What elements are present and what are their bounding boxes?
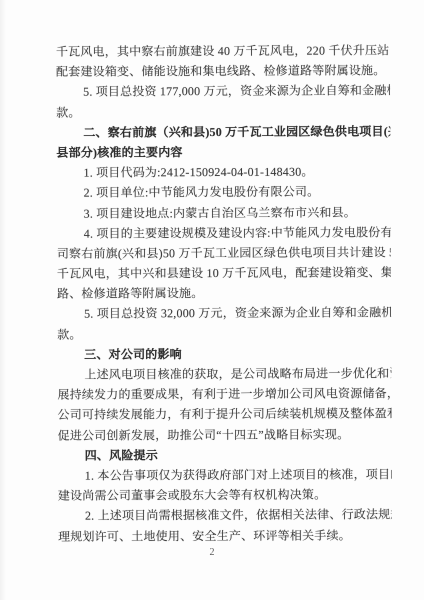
text-line: 2. 上述项目尚需根据核准文件，依据相关法律、行政法规规定办 <box>58 505 392 527</box>
text-line: 款。 <box>57 323 391 345</box>
page-number: 2 <box>0 546 424 560</box>
text-line: 千瓦风电，其中察右前旗建设 40 万千瓦风电，220 千伏升压站一座； <box>56 40 390 62</box>
section-heading: 二、察右前旗（兴和县)50 万千瓦工业园区绿色供电项目(兴和 <box>56 121 390 143</box>
text-line: 3. 项目建设地点:内蒙古自治区乌兰察布市兴和县。 <box>57 202 391 224</box>
document-body: 千瓦风电，其中察右前旗建设 40 万千瓦风电，220 千伏升压站一座； 配套建设… <box>56 40 392 546</box>
section-heading: 县部分)核准的主要内容 <box>56 141 390 163</box>
text-line: 5. 项目总投资 32,000 万元，资金来源为企业自筹和金融机构贷 <box>57 303 391 325</box>
text-line: 路、检修道路等附属设施。 <box>57 283 391 305</box>
text-line: 1. 本公告事项仅为获得政府部门对上述项目的核准，项目的投资 <box>58 464 392 486</box>
text-line: 4. 项目的主要建设规模及建设内容:中节能风力发电股份有限公 <box>57 222 391 244</box>
scan-edge-shadow <box>0 0 6 600</box>
text-line: 理规划许可、土地使用、安全生产、环评等相关手续。 <box>58 525 392 547</box>
text-line: 上述风电项目核准的获取，是公司战略布局进一步优化和资源拓 <box>57 363 391 385</box>
text-line: 建设尚需公司董事会或股东大会等有权机构决策。 <box>58 484 392 506</box>
text-line: 款。 <box>56 101 390 123</box>
text-line: 2. 项目单位:中节能风力发电股份有限公司。 <box>57 182 391 204</box>
document-page: 千瓦风电，其中察右前旗建设 40 万千瓦风电，220 千伏升压站一座； 配套建设… <box>0 0 424 600</box>
section-heading: 四、风险提示 <box>58 444 392 466</box>
text-line: 展持续发力的重要成果，有利于进一步增加公司风电资源储备，增强 <box>57 383 391 405</box>
text-line: 促进公司创新发展，助推公司“十四五”战略目标实现。 <box>58 424 392 446</box>
section-heading: 三、对公司的影响 <box>57 343 391 365</box>
text-line: 司察右前旗(兴和县)50 万千瓦工业园区绿色供电项目共计建设 50 万 <box>57 242 391 264</box>
text-line: 公司可持续发展能力，有利于提升公司后续装机规模及整体盈利能力， <box>57 404 391 426</box>
text-line: 配套建设箱变、储能设施和集电线路、检修道路等附属设施。 <box>56 60 390 82</box>
text-line: 5. 项目总投资 177,000 万元，资金来源为企业自筹和金融机构贷 <box>56 81 390 103</box>
text-line: 千瓦风电，其中兴和县建设 10 万千瓦风电，配套建设箱变、集电线 <box>57 262 391 284</box>
text-line: 1. 项目代码为:2412-150924-04-01-148430。 <box>56 161 390 183</box>
